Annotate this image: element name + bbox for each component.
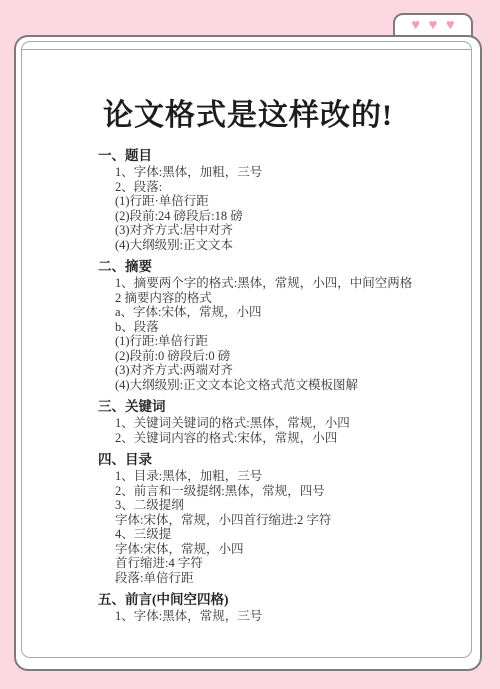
format-line: (4)大纲级别:正文文本 (98, 238, 470, 253)
format-line: 字体:宋体，常规，小四 (98, 542, 470, 557)
format-line: 4、三级提 (98, 527, 470, 542)
format-line: (3)对齐方式:两端对齐 (98, 363, 470, 378)
format-line: (1)行距·单倍行距 (98, 194, 470, 209)
section-heading: 四、目录 (98, 452, 470, 467)
header-divider (22, 49, 471, 50)
format-line: 2、段落: (98, 180, 470, 195)
format-line: 字体:宋体，常规，小四首行缩进:2 字符 (98, 513, 470, 528)
page-title: 论文格式是这样改的! (16, 95, 480, 137)
format-line: 1、字体:黑体，常规，三号 (98, 609, 470, 624)
note-card: 论文格式是这样改的! 一、题目 1、字体:黑体，加粗，三号 2、段落: (1)行… (14, 35, 482, 671)
format-line: 1、目录:黑体，加粗，三号 (98, 469, 470, 484)
format-line: 2、关键词内容的格式:宋体，常规，小四 (98, 431, 470, 446)
format-line: 2、前言和一级提纲:黑体，常规，四号 (98, 484, 470, 499)
format-line: (4)大纲级别:正文文本论文格式范文模板图解 (98, 378, 470, 393)
heart-icon: ♥ (429, 18, 437, 34)
section-heading: 三、关键词 (98, 399, 470, 414)
format-line: 3、二级提纲 (98, 498, 470, 513)
section-qianyan: 五、前言(中间空四格) 1、字体:黑体，常规，三号 (98, 592, 470, 624)
format-line: 段落:单倍行距 (98, 571, 470, 586)
content-area: 一、题目 1、字体:黑体，加粗，三号 2、段落: (1)行距·单倍行距 (2)段… (98, 148, 470, 624)
format-line: 首行缩进:4 字符 (98, 556, 470, 571)
format-line: 1、关键词关键词的格式:黑体，常规，小四 (98, 416, 470, 431)
section-timu: 一、题目 1、字体:黑体，加粗，三号 2、段落: (1)行距·单倍行距 (2)段… (98, 148, 470, 252)
format-line: 2 摘要内容的格式 (98, 291, 470, 306)
section-mulu: 四、目录 1、目录:黑体，加粗，三号 2、前言和一级提纲:黑体，常规，四号 3、… (98, 452, 470, 585)
format-line: 1、字体:黑体，加粗，三号 (98, 165, 470, 180)
section-guanjianci: 三、关键词 1、关键词关键词的格式:黑体，常规，小四 2、关键词内容的格式:宋体… (98, 399, 470, 445)
section-zhaiyao: 二、摘要 1、摘要两个字的格式:黑体，常规，小四，中间空两格 2 摘要内容的格式… (98, 259, 470, 392)
format-line: (1)行距:单倍行距 (98, 334, 470, 349)
section-heading: 五、前言(中间空四格) (98, 592, 470, 607)
format-line: (2)段前:0 磅段后:0 磅 (98, 349, 470, 364)
page-background: { "colors": { "background": "#fbd8e2", "… (0, 0, 500, 689)
heart-icon: ♥ (446, 18, 454, 34)
format-line: 1、摘要两个字的格式:黑体，常规，小四，中间空两格 (98, 276, 470, 291)
section-heading: 二、摘要 (98, 259, 470, 274)
format-line: b、段落 (98, 320, 470, 335)
format-line: a、字体:宋体，常规，小四 (98, 305, 470, 320)
heart-icon: ♥ (412, 18, 420, 34)
format-line: (3)对齐方式:居中对齐 (98, 223, 470, 238)
format-line: (2)段前:24 磅段后:18 磅 (98, 209, 470, 224)
section-heading: 一、题目 (98, 148, 470, 163)
